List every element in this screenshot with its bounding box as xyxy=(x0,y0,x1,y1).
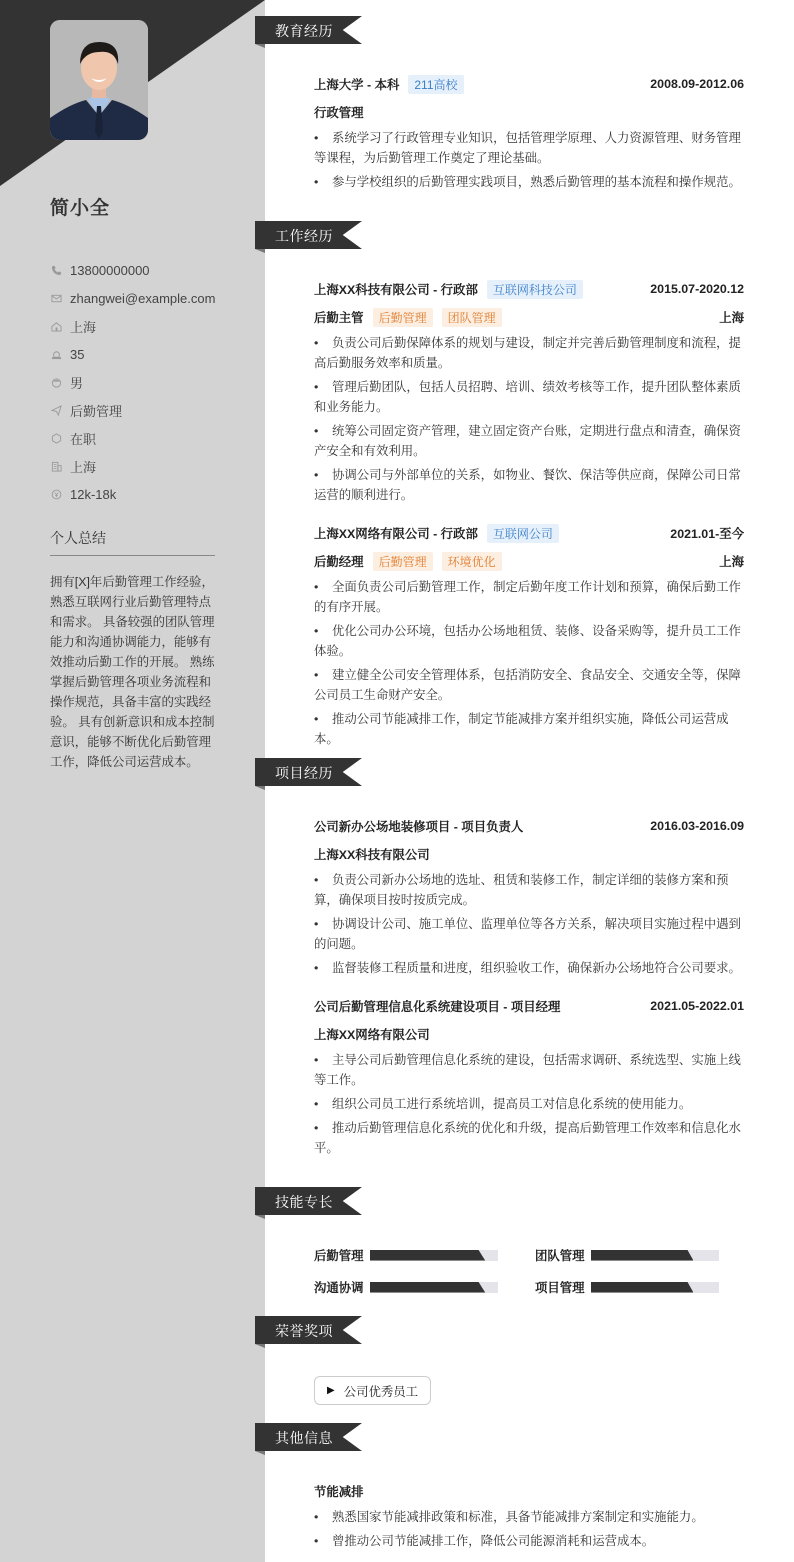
age-icon xyxy=(50,348,62,360)
list-item: 组织公司员工进行系统培训，提高员工对信息化系统的使用能力。 xyxy=(314,1094,744,1114)
skill-bar-fill xyxy=(370,1282,485,1293)
section-title: 教育经历 xyxy=(275,21,333,41)
info-gender: 男 xyxy=(50,368,215,396)
skill-item: 团队管理 xyxy=(535,1246,719,1264)
info-value: 12k-18k xyxy=(70,487,116,502)
mail-icon xyxy=(50,292,62,304)
info-value: zhangwei@example.com xyxy=(70,291,215,306)
summary-text: 拥有[X]年后勤管理工作经验，熟悉互联网行业后勤管理特点和需求。 具备较强的团队… xyxy=(50,572,215,772)
list-item: 负责公司新办公场地的选址、租赁和装修工作，制定详细的装修方案和预算，确保项目按时… xyxy=(314,870,744,910)
school-tag: 211高校 xyxy=(408,75,463,94)
info-value: 上海 xyxy=(70,457,96,476)
skill-label: 项目管理 xyxy=(535,1278,591,1296)
date-range: 2021.01-至今 xyxy=(670,524,744,542)
list-item: 参与学校组织的后勤管理实践项目，熟悉后勤管理的基本流程和操作规范。 xyxy=(314,172,744,192)
date-range: 2015.07-2020.12 xyxy=(650,282,744,296)
list-item: 监督装修工程质量和进度，组织验收工作，确保新办公场地符合公司要求。 xyxy=(314,958,744,978)
section-header-other: 其他信息 xyxy=(255,1423,362,1451)
project-title: 公司后勤管理信息化系统建设项目 - 项目经理 xyxy=(314,997,560,1015)
date-range: 2008.09-2012.06 xyxy=(650,77,744,91)
list-item: 协调设计公司、施工单位、监理单位等各方关系，解决项目实施过程中遇到的问题。 xyxy=(314,914,744,954)
skill-bar-fill xyxy=(370,1250,485,1261)
avatar xyxy=(50,20,148,140)
award-badge: ▶ 公司优秀员工 xyxy=(314,1376,431,1405)
section-title: 荣誉奖项 xyxy=(275,1321,333,1341)
list-item: 全面负责公司后勤管理工作，制定后勤年度工作计划和预算，确保后勤工作的有序开展。 xyxy=(314,577,744,617)
home-icon xyxy=(50,320,62,332)
info-phone: 13800000000 xyxy=(50,256,215,284)
list-item: 推动后勤管理信息化系统的优化和升级，提高后勤管理工作效率和信息化水平。 xyxy=(314,1118,744,1158)
other-title: 节能减排 xyxy=(314,1482,364,1500)
skill-bar xyxy=(370,1282,498,1293)
major: 行政管理 xyxy=(314,103,364,121)
role-tag: 环境优化 xyxy=(442,552,502,571)
skill-label: 后勤管理 xyxy=(314,1246,370,1264)
skill-bar-fill xyxy=(591,1282,693,1293)
job-location: 上海 xyxy=(719,552,744,570)
building-icon xyxy=(50,460,62,472)
salary-icon xyxy=(50,488,62,500)
list-item: 系统学习了行政管理专业知识，包括管理学原理、人力资源管理、财务管理等课程，为后勤… xyxy=(314,128,744,168)
section-header-education: 教育经历 xyxy=(255,16,362,44)
role-tag: 后勤管理 xyxy=(373,308,433,327)
list-item: 协调公司与外部单位的关系，如物业、餐饮、保洁等供应商，保障公司日常运营的顺利进行… xyxy=(314,465,744,505)
skill-item: 项目管理 xyxy=(535,1278,719,1296)
company-tag: 互联网科技公司 xyxy=(487,280,583,299)
sidebar: 简小全 13800000000 zhangwei@example.com 上海 … xyxy=(0,0,265,1562)
list-item: 负责公司后勤保障体系的规划与建设，制定并完善后勤管理制度和流程，提高后勤服务效率… xyxy=(314,333,744,373)
info-value: 上海 xyxy=(70,317,96,336)
summary-divider xyxy=(50,555,215,556)
phone-icon xyxy=(50,264,62,276)
project-entry: 公司后勤管理信息化系统建设项目 - 项目经理 2021.05-2022.01 上… xyxy=(314,996,744,1162)
info-salary: 12k-18k xyxy=(50,480,215,508)
skill-bar xyxy=(591,1282,719,1293)
list-item: 优化公司办公环境，包括办公场地租赁、装修、设备采购等，提升员工工作体验。 xyxy=(314,621,744,661)
other-entry: 节能减排 熟悉国家节能减排政策和标准，具备节能减排方案制定和实施能力。 曾推动公… xyxy=(314,1481,744,1555)
list-item: 曾推动公司节能减排工作，降低公司能源消耗和运营成本。 xyxy=(314,1531,744,1551)
send-icon xyxy=(50,404,62,416)
skill-bar-fill xyxy=(591,1250,693,1261)
section-header-skills: 技能专长 xyxy=(255,1187,362,1215)
gender-icon xyxy=(50,376,62,388)
list-item: 建立健全公司安全管理体系，包括消防安全、食品安全、交通安全等，保障公司员工生命财… xyxy=(314,665,744,705)
skill-bar xyxy=(370,1250,498,1261)
job-role: 后勤主管 xyxy=(314,308,364,326)
list-item: 熟悉国家节能减排政策和标准，具备节能减排方案制定和实施能力。 xyxy=(314,1507,744,1527)
list-item: 管理后勤团队，包括人员招聘、培训、绩效考核等工作，提升团队整体素质和业务能力。 xyxy=(314,377,744,417)
skill-label: 沟通协调 xyxy=(314,1278,370,1296)
job-role: 后勤经理 xyxy=(314,552,364,570)
list-item: 推动公司节能减排工作，制定节能减排方案并组织实施，降低公司运营成本。 xyxy=(314,709,744,749)
info-city: 上海 xyxy=(50,312,215,340)
info-value: 男 xyxy=(70,373,83,392)
avatar-photo-icon xyxy=(50,20,148,140)
info-value: 在职 xyxy=(70,429,96,448)
job-location: 上海 xyxy=(719,308,744,326)
school-name: 上海大学 - 本科 xyxy=(314,75,399,93)
project-company: 上海XX科技有限公司 xyxy=(314,845,430,863)
info-email: zhangwei@example.com xyxy=(50,284,215,312)
section-title: 其他信息 xyxy=(275,1428,333,1448)
section-header-projects: 项目经历 xyxy=(255,758,362,786)
info-value: 后勤管理 xyxy=(70,401,122,420)
award-label: 公司优秀员工 xyxy=(344,1382,418,1400)
project-company: 上海XX网络有限公司 xyxy=(314,1025,430,1043)
skill-label: 团队管理 xyxy=(535,1246,591,1264)
info-position: 后勤管理 xyxy=(50,396,215,424)
project-title: 公司新办公场地装修项目 - 项目负责人 xyxy=(314,817,523,835)
contact-info-list: 13800000000 zhangwei@example.com 上海 35 男… xyxy=(50,256,215,508)
list-item: 主导公司后勤管理信息化系统的建设，包括需求调研、系统选型、实施上线等工作。 xyxy=(314,1050,744,1090)
date-range: 2016.03-2016.09 xyxy=(650,819,744,833)
role-tag: 后勤管理 xyxy=(373,552,433,571)
work-entry: 上海XX科技有限公司 - 行政部 互联网科技公司 2015.07-2020.12… xyxy=(314,279,744,509)
info-value: 13800000000 xyxy=(70,263,150,278)
education-entry: 上海大学 - 本科 211高校 2008.09-2012.06 行政管理 系统学… xyxy=(314,74,744,196)
skill-item: 后勤管理 xyxy=(314,1246,498,1264)
section-header-work: 工作经历 xyxy=(255,221,362,249)
company-tag: 互联网公司 xyxy=(487,524,559,543)
info-status: 在职 xyxy=(50,424,215,452)
role-tag: 团队管理 xyxy=(442,308,502,327)
play-triangle-icon: ▶ xyxy=(327,1385,335,1396)
skill-item: 沟通协调 xyxy=(314,1278,498,1296)
section-header-honors: 荣誉奖项 xyxy=(255,1316,362,1344)
info-age: 35 xyxy=(50,340,215,368)
info-value: 35 xyxy=(70,347,84,362)
list-item: 统筹公司固定资产管理，建立固定资产台账，定期进行盘点和清查，确保资产安全和有效利… xyxy=(314,421,744,461)
candidate-name: 简小全 xyxy=(50,193,110,220)
section-title: 项目经历 xyxy=(275,763,333,783)
work-entry: 上海XX网络有限公司 - 行政部 互联网公司 2021.01-至今 后勤经理 后… xyxy=(314,523,744,753)
project-entry: 公司新办公场地装修项目 - 项目负责人 2016.03-2016.09 上海XX… xyxy=(314,816,744,982)
company-name: 上海XX网络有限公司 - 行政部 xyxy=(314,524,478,542)
date-range: 2021.05-2022.01 xyxy=(650,999,744,1013)
info-work-city: 上海 xyxy=(50,452,215,480)
status-icon xyxy=(50,432,62,444)
summary-title: 个人总结 xyxy=(50,528,106,548)
section-title: 技能专长 xyxy=(275,1192,333,1212)
company-name: 上海XX科技有限公司 - 行政部 xyxy=(314,280,478,298)
section-title: 工作经历 xyxy=(275,226,333,246)
skill-bar xyxy=(591,1250,719,1261)
